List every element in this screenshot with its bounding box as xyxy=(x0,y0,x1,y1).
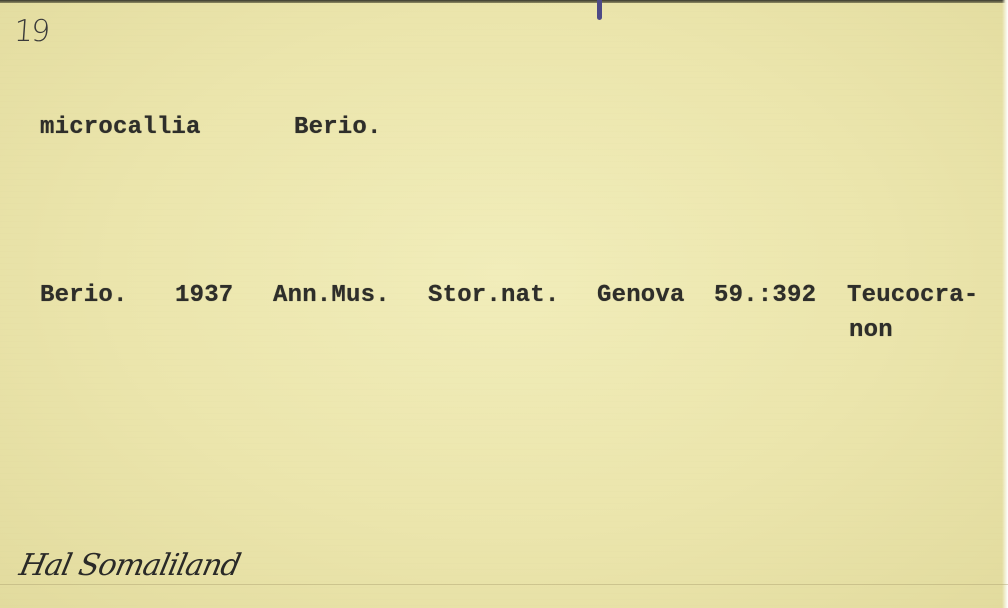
handwritten-locality: Hal Somaliland xyxy=(16,548,243,583)
citation-author: Berio. xyxy=(40,282,128,309)
citation-year: 1937 xyxy=(175,282,233,309)
card-top-edge xyxy=(0,0,1008,3)
index-card: 19 microcallia Berio. Berio. 1937 Ann.Mu… xyxy=(0,0,1008,608)
citation-volume-page: 59.:392 xyxy=(714,282,816,309)
card-ruled-line xyxy=(0,584,1008,585)
citation-journal-2: Stor.nat. xyxy=(428,282,559,309)
handwritten-number: 19 xyxy=(13,14,50,49)
citation-journal-1: Ann.Mus. xyxy=(273,282,390,309)
citation-genus-line2: non xyxy=(849,317,893,344)
card-right-edge xyxy=(1002,0,1008,608)
taxon-name: microcallia xyxy=(40,114,201,141)
citation-genus-line1: Teucocra- xyxy=(847,282,978,309)
pen-mark xyxy=(597,0,602,20)
citation-journal-3: Genova xyxy=(597,282,685,309)
taxon-author: Berio. xyxy=(294,114,382,141)
